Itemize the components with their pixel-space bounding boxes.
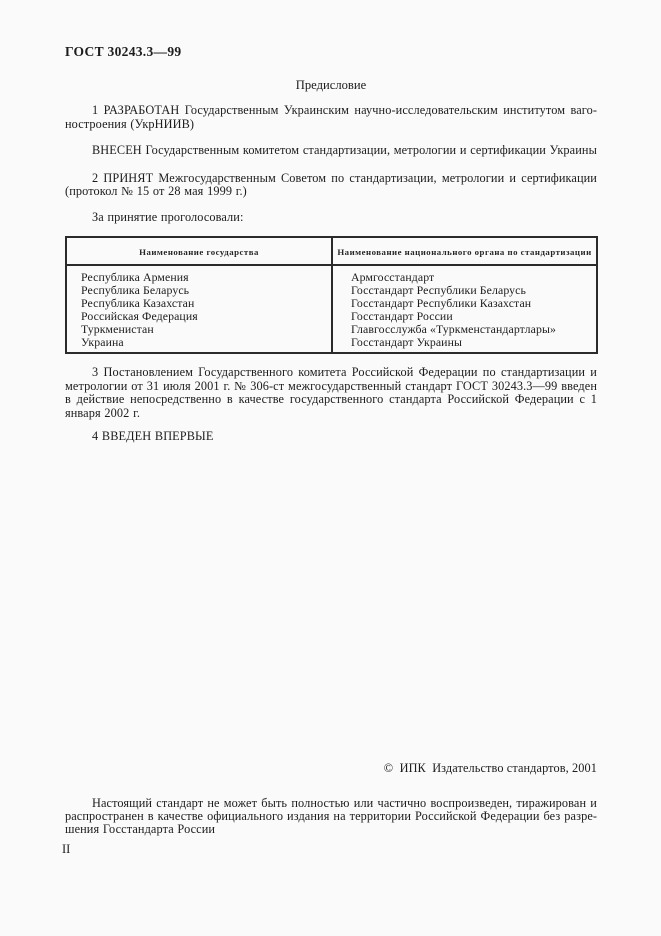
paragraph-submitted: ВНЕСЕН Государственным комитетом стандар…: [65, 144, 597, 158]
table-cell: Госстандарт Республики Беларусь: [332, 284, 597, 297]
table-cell: Госстандарт Украины: [332, 336, 597, 353]
paragraph-developed: 1 РАЗРАБОТАН Государственным Украинским …: [65, 104, 597, 131]
voting-table: Наименование государства Наименование на…: [65, 236, 598, 354]
table-cell: Украина: [66, 336, 332, 353]
table-cell: Госстандарт Республики Казахстан: [332, 297, 597, 310]
table-cell: Республика Армения: [66, 265, 332, 284]
table-cell: Главгосслужба «Туркменстандартлары»: [332, 323, 597, 336]
table-row: Республика БеларусьГосстандарт Республик…: [66, 284, 597, 297]
voting-table-header: Наименование государства Наименование на…: [66, 237, 597, 265]
table-cell: Российская Федерация: [66, 310, 332, 323]
table-cell: Республика Беларусь: [66, 284, 332, 297]
table-row: УкраинаГосстандарт Украины: [66, 336, 597, 353]
column-header-state: Наименование государства: [66, 237, 332, 265]
paragraph-voting-intro: За принятие проголосовали:: [65, 211, 597, 225]
page-number: II: [62, 842, 597, 857]
table-cell: Госстандарт России: [332, 310, 597, 323]
paragraph-enacted: 3 Постановлением Государственного комите…: [65, 366, 597, 420]
column-header-national-body: Наименование национального органа по ста…: [332, 237, 597, 265]
table-row: Российская ФедерацияГосстандарт России: [66, 310, 597, 323]
page-title: Предисловие: [65, 78, 597, 93]
table-header-row: Наименование государства Наименование на…: [66, 237, 597, 265]
voting-table-body: Республика АрменияАрмгосстандартРеспубли…: [66, 265, 597, 353]
table-row: ТуркменистанГлавгосслужба «Туркменстанда…: [66, 323, 597, 336]
document-page: ГОСТ 30243.3—99 Предисловие 1 РАЗРАБОТАН…: [0, 0, 661, 936]
table-cell: Армгосстандарт: [332, 265, 597, 284]
table-row: Республика КазахстанГосстандарт Республи…: [66, 297, 597, 310]
paragraph-adopted: 2 ПРИНЯТ Межгосударственным Советом по с…: [65, 172, 597, 199]
paragraph-first-time: 4 ВВЕДЕН ВПЕРВЫЕ: [65, 430, 597, 444]
table-cell: Республика Казахстан: [66, 297, 332, 310]
table-row: Республика АрменияАрмгосстандарт: [66, 265, 597, 284]
table-cell: Туркменистан: [66, 323, 332, 336]
doc-number: ГОСТ 30243.3—99: [65, 44, 597, 60]
reproduction-notice: Настоящий стандарт не может быть полност…: [65, 797, 597, 837]
copyright-line: © ИПК Издательство стандартов, 2001: [65, 761, 597, 776]
